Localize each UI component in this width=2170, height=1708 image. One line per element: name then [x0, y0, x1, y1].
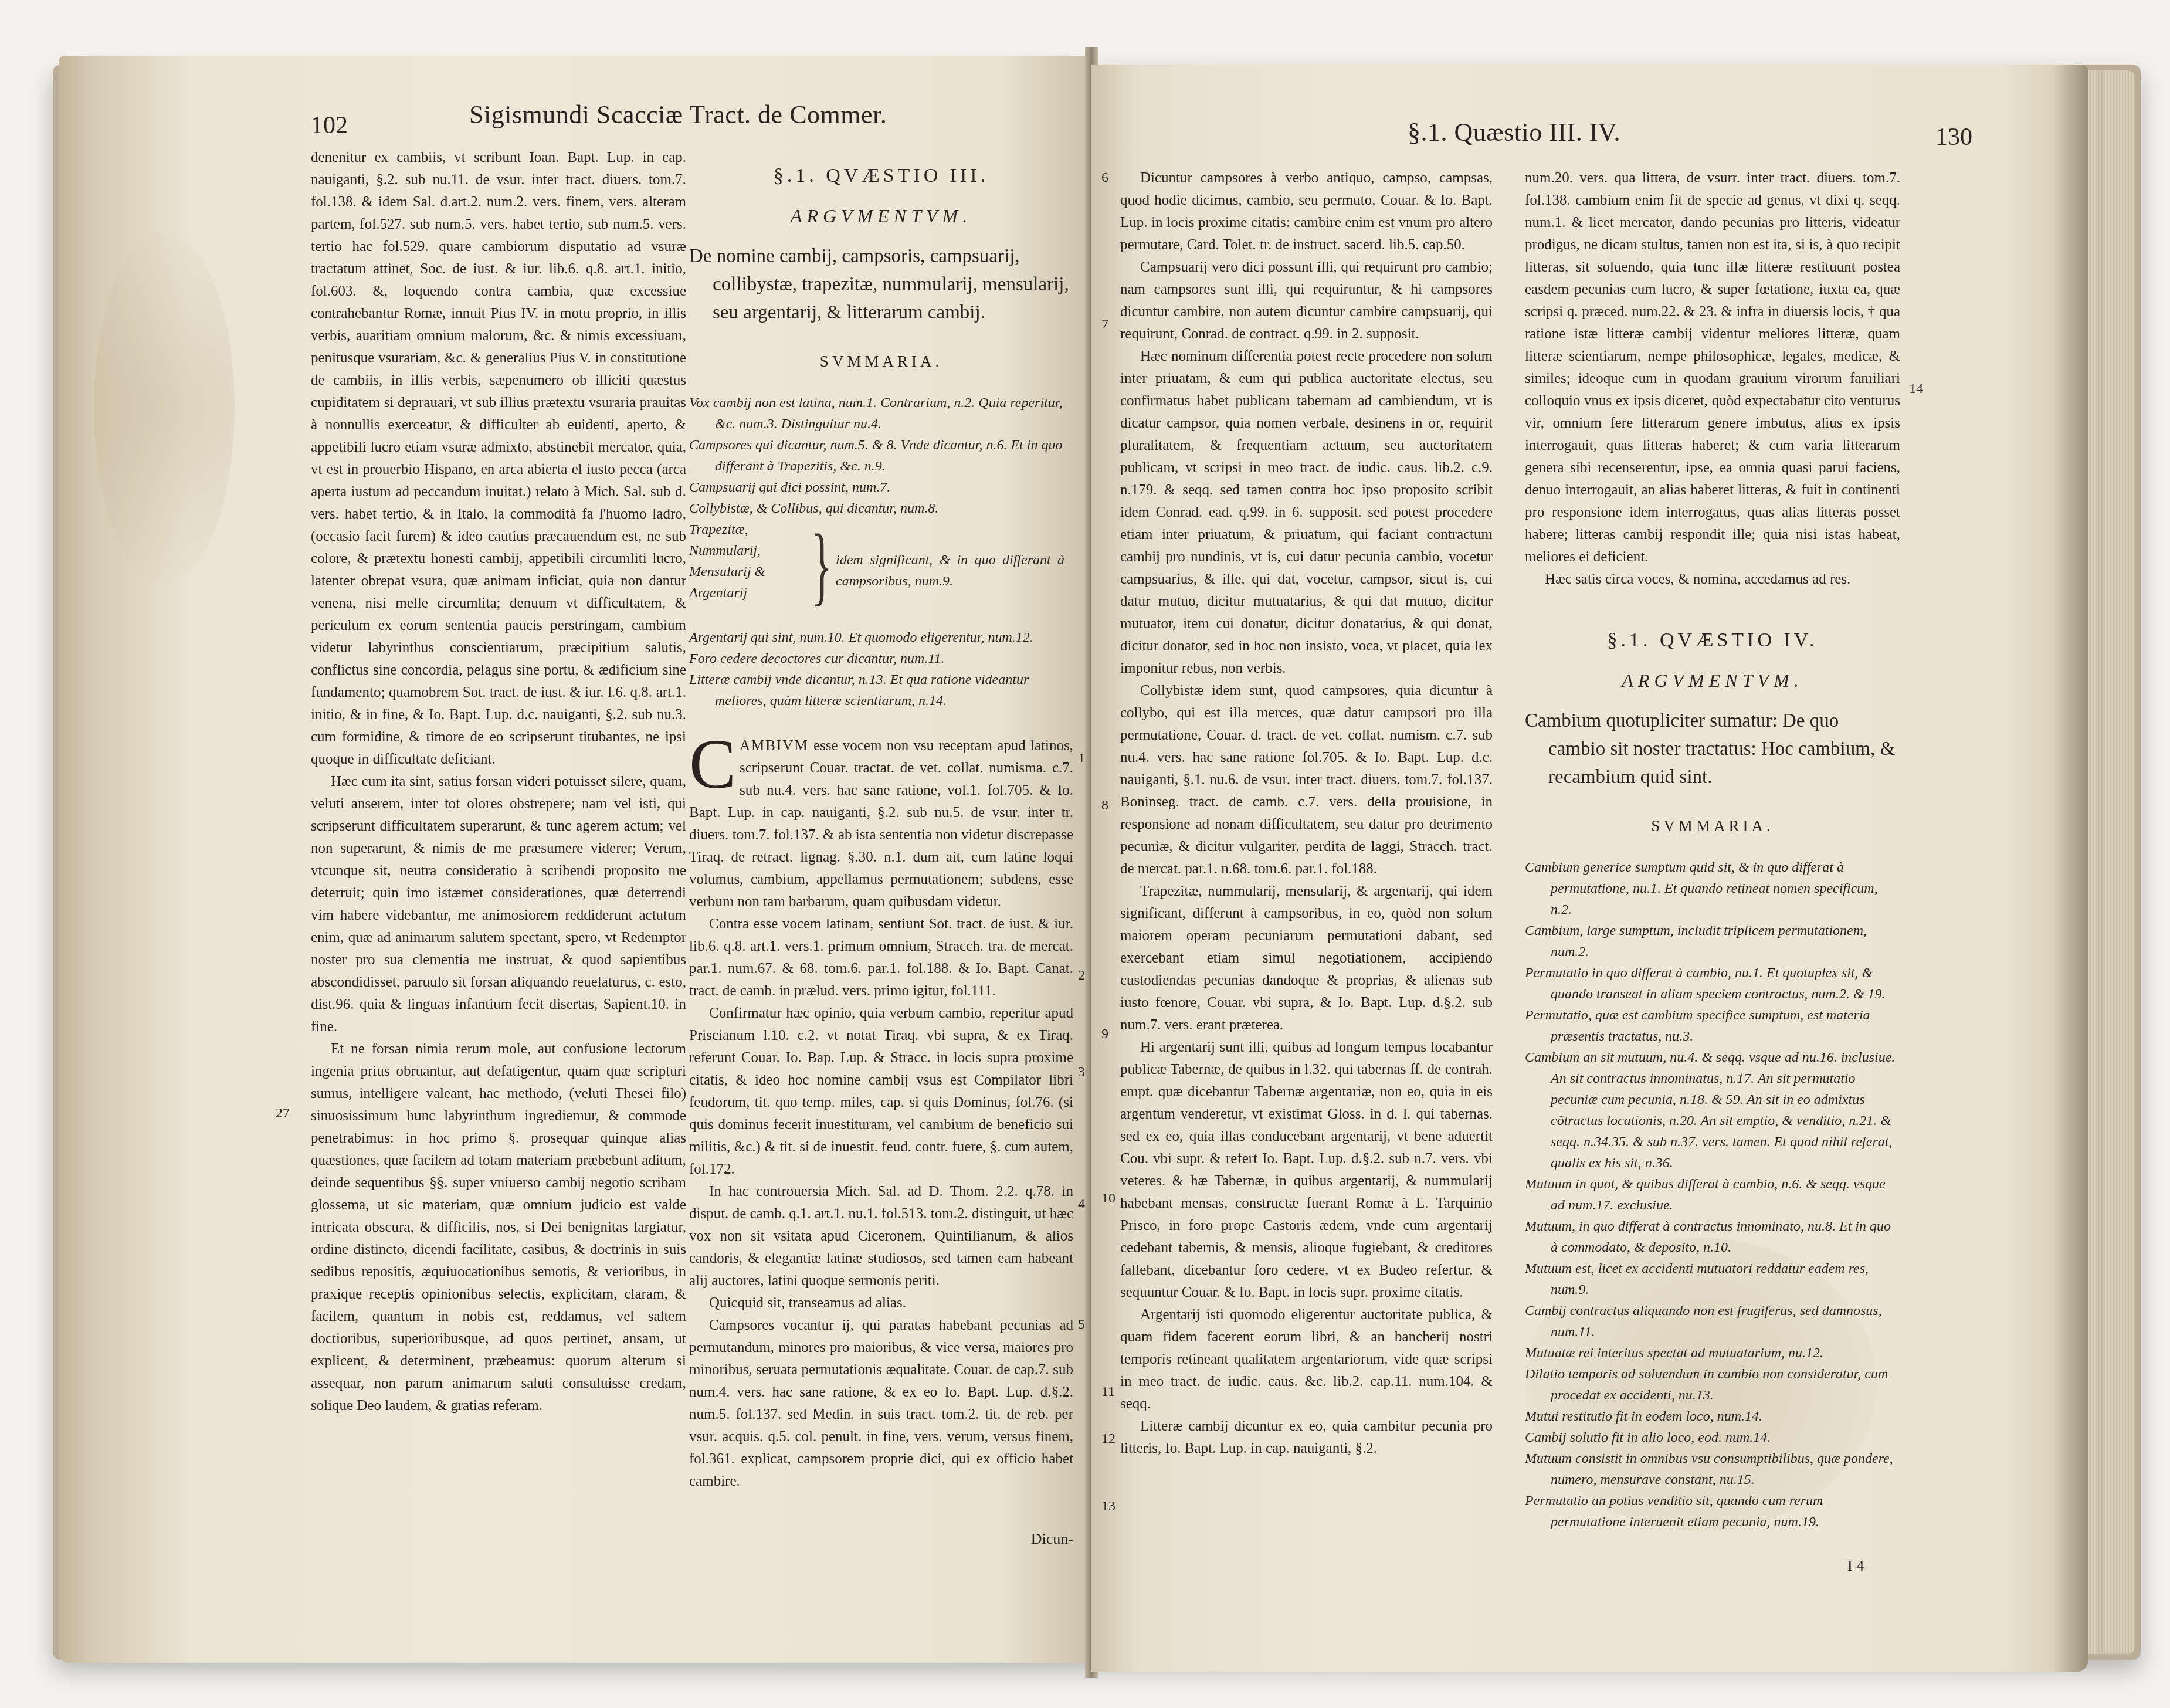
margin-number: 27 — [276, 1106, 290, 1121]
question-title: §.1. QVÆSTIO III. — [689, 165, 1073, 187]
summary-item: Mutui restitutio fit in eodem loco, num.… — [1525, 1406, 1900, 1427]
summary-item: Mutuum in quot, & quibus differat à camb… — [1525, 1174, 1900, 1216]
brace-names: Trapezitæ, Nummularij, Mensularij & Arge… — [689, 519, 765, 604]
paragraph: Quicquid sit, transeamus ad alias. — [689, 1292, 1073, 1314]
left-column-1: denenitur ex cambiis, vt scribunt Ioan. … — [311, 147, 686, 1417]
argumentum-text: Cambium quotupliciter sumatur: De quo ca… — [1525, 707, 1900, 791]
paragraph: Et ne forsan nimia rerum mole, aut confu… — [311, 1038, 686, 1417]
brace-name: Nummularij, — [689, 540, 765, 561]
right-column-1: Dicuntur campsores à verbo antiquo, camp… — [1120, 167, 1493, 1460]
margin-number: 8 — [1101, 798, 1108, 814]
paragraph: Campsores vocantur ij, qui paratas habeb… — [689, 1314, 1073, 1493]
argumentum-text: De nomine cambij, campsoris, campsuarij,… — [689, 242, 1073, 327]
signature-mark: I 4 — [1847, 1557, 1864, 1575]
paragraph: In hac controuersia Mich. Sal. ad D. Tho… — [689, 1181, 1073, 1292]
question-title: §.1. QVÆSTIO IV. — [1525, 629, 1900, 652]
brace-name: Trapezitæ, — [689, 519, 765, 540]
summary-item: Mutuum consistit in omnibus vsu consumpt… — [1525, 1448, 1900, 1490]
summary-item: Mutuatæ rei interitus spectat ad mutuata… — [1525, 1343, 1900, 1364]
curly-brace-icon: } — [811, 521, 832, 609]
running-head: Sigismundi Scacciæ Tract. de Commer. — [469, 100, 887, 130]
margin-number: 11 — [1101, 1384, 1115, 1400]
left-page: 102 Sigismundi Scacciæ Tract. de Commer.… — [59, 56, 1091, 1663]
margin-number: 1 — [1078, 751, 1085, 767]
summary-item: Litteræ cambij vnde dicantur, n.13. Et q… — [689, 669, 1073, 711]
margin-number: 4 — [1078, 1197, 1085, 1212]
paragraph: Hæc satis circa voces, & nomina, accedam… — [1525, 568, 1900, 591]
margin-number: 7 — [1101, 317, 1108, 333]
paragraph: Confirmatur hæc opinio, quia verbum camb… — [689, 1002, 1073, 1181]
brace-name: Mensularij & — [689, 561, 765, 582]
summary-item: Cambium, large sumptum, includit triplic… — [1525, 920, 1900, 963]
summary-item: Cambij contractus aliquando non est frug… — [1525, 1300, 1900, 1343]
summary-item: Cambij solutio fit in alio loco, eod. nu… — [1525, 1427, 1900, 1448]
page-fore-edge — [2082, 70, 2135, 1654]
summaria-label: SVMMARIA. — [689, 350, 1073, 372]
drop-cap: C — [689, 736, 736, 792]
summary-item: Collybistæ, & Collibus, qui dicantur, nu… — [689, 498, 1073, 519]
argumentum-label: ARGVMENTVM. — [689, 205, 1073, 227]
paper-stain — [94, 232, 235, 584]
page-number: 102 — [311, 111, 348, 140]
paragraph: Contra esse vocem latinam, sentiunt Sot.… — [689, 913, 1073, 1002]
paragraph: Hæc cum ita sint, satius forsan videri p… — [311, 771, 686, 1038]
paragraph: Argentarij isti quomodo eligerentur auct… — [1120, 1304, 1493, 1415]
paragraph: Trapezitæ, nummularij, mensularij, & arg… — [1120, 880, 1493, 1036]
catchword: Dicun- — [689, 1528, 1073, 1550]
margin-number: 3 — [1078, 1065, 1085, 1080]
margin-number: 14 — [1909, 381, 1923, 397]
summary-item: Dilatio temporis ad soluendum in cambio … — [1525, 1364, 1900, 1406]
paragraph: denenitur ex cambiis, vt scribunt Ioan. … — [311, 147, 686, 771]
summary-item: Mutuum, in quo differat à contractus inn… — [1525, 1216, 1900, 1258]
margin-number: 13 — [1101, 1499, 1115, 1514]
paragraph: esse vocem non vsu receptam apud latinos… — [689, 738, 1073, 910]
summaria-label: SVMMARIA. — [1525, 815, 1900, 837]
paragraph: Dicuntur campsores à verbo antiquo, camp… — [1120, 167, 1493, 256]
margin-number: 2 — [1078, 968, 1085, 984]
paragraph: num.20. vers. qua littera, de vsurr. int… — [1525, 167, 1900, 568]
summary-item: Permutatio in quo differat à cambio, nu.… — [1525, 963, 1900, 1005]
summary-item: Campsuarij qui dici possint, num.7. — [689, 477, 1073, 498]
margin-number: 5 — [1078, 1317, 1085, 1333]
paragraph: Hi argentarij sunt illi, quibus ad longu… — [1120, 1036, 1493, 1304]
margin-number: 12 — [1101, 1431, 1115, 1447]
brace-description: idem significant, & in quo differant à c… — [836, 550, 1064, 592]
summary-item: Mutuum est, licet ex accidenti mutuatori… — [1525, 1258, 1900, 1300]
summary-item: Vox cambij non est latina, num.1. Contra… — [689, 392, 1073, 435]
summary-brace-group: Trapezitæ, Nummularij, Mensularij & Arge… — [689, 519, 1073, 627]
summary-item: Foro cedere decoctores cur dicantur, num… — [689, 648, 1073, 669]
right-page: §.1. Quæstio III. IV. 130 Dicuntur camps… — [1091, 65, 2088, 1672]
argumentum-label: ARGVMENTVM. — [1525, 669, 1900, 692]
summary-item: Cambium an sit mutuum, nu.4. & seqq. vsq… — [1525, 1047, 1900, 1174]
margin-number: 9 — [1101, 1026, 1108, 1042]
paragraph: Hæc nominum differentia potest recte pro… — [1120, 345, 1493, 680]
summary-item: Campsores qui dicantur, num.5. & 8. Vnde… — [689, 435, 1073, 477]
right-column-2: num.20. vers. qua littera, de vsurr. int… — [1525, 167, 1900, 1533]
brace-name: Argentarij — [689, 582, 765, 604]
paragraph: Campsuarij vero dici possunt illi, qui r… — [1120, 256, 1493, 345]
margin-number: 6 — [1101, 170, 1108, 186]
paragraph: Litteræ cambij dicuntur ex eo, quia camb… — [1120, 1415, 1493, 1460]
summary-item: Argentarij qui sint, num.10. Et quomodo … — [689, 627, 1073, 648]
opening-word: AMBIVM — [740, 738, 809, 754]
body-opening: CAMBIVM esse vocem non vsu receptam apud… — [689, 735, 1073, 913]
summary-item: Permutatio an potius venditio sit, quand… — [1525, 1490, 1900, 1533]
margin-number: 10 — [1101, 1191, 1115, 1207]
summary-item: Cambium generice sumptum quid sit, & in … — [1525, 857, 1900, 920]
running-head: §.1. Quæstio III. IV. — [1408, 117, 1620, 147]
page-number: 130 — [1935, 123, 1972, 151]
left-column-2: §.1. QVÆSTIO III. ARGVMENTVM. De nomine … — [689, 161, 1073, 1550]
summary-item: Permutatio, quæ est cambium specifice su… — [1525, 1005, 1900, 1047]
paragraph: Collybistæ idem sunt, quod campsores, qu… — [1120, 680, 1493, 880]
